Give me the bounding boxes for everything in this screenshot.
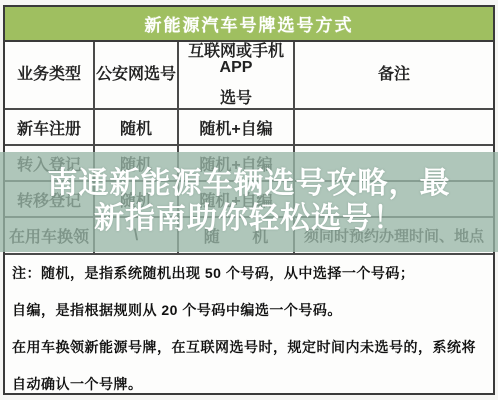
caption-line-2: 新指南助你轻松选号！	[94, 201, 404, 236]
note-auto-confirm: 在用车换领新能源号牌，在互联网选号时，规定时间内未选号的，系统将自动确认一个号牌…	[12, 329, 487, 395]
table-title-bar: 新能源汽车号牌选号方式	[5, 7, 493, 42]
header-internet-app: 互联网或手机 APP 选号	[179, 42, 295, 110]
caption-overlay-band: 南通新能源车辆选号攻略，最 新指南助你轻松选号！	[0, 152, 498, 252]
cell-internet-app: 随机+自编	[179, 110, 295, 146]
header-remarks: 备注	[295, 42, 493, 110]
header-internet-app-line2: 选号	[220, 91, 252, 107]
note-self-edit-definition: 自编，是指根据规则从 20 个号码中编选一个号码。	[12, 292, 487, 329]
header-business-type: 业务类型	[5, 42, 95, 110]
cell-remarks	[295, 110, 493, 146]
header-internet-app-line1: 互联网或手机 APP	[179, 44, 293, 76]
caption-line-1: 南通新能源车辆选号攻略，最	[48, 166, 451, 201]
notes-section: 注：随机，是指系统随机出现 50 个号码，从中选择一个号码； 自编，是指根据规则…	[5, 255, 493, 395]
header-business-type-label: 业务类型	[17, 67, 81, 83]
cell-business-type: 新车注册	[5, 110, 95, 146]
header-police-net: 公安网选号	[95, 42, 179, 110]
table-header-row: 业务类型 公安网选号 互联网或手机 APP 选号 备注	[5, 42, 493, 110]
note-random-definition: 注：随机，是指系统随机出现 50 个号码，从中选择一个号码；	[12, 255, 487, 292]
table-row-new-car: 新车注册 随机 随机+自编	[5, 110, 493, 146]
table-title: 新能源汽车号牌选号方式	[145, 11, 354, 36]
header-remarks-label: 备注	[378, 67, 410, 83]
cell-police-net: 随机	[95, 110, 179, 146]
header-police-net-label: 公安网选号	[96, 67, 176, 83]
